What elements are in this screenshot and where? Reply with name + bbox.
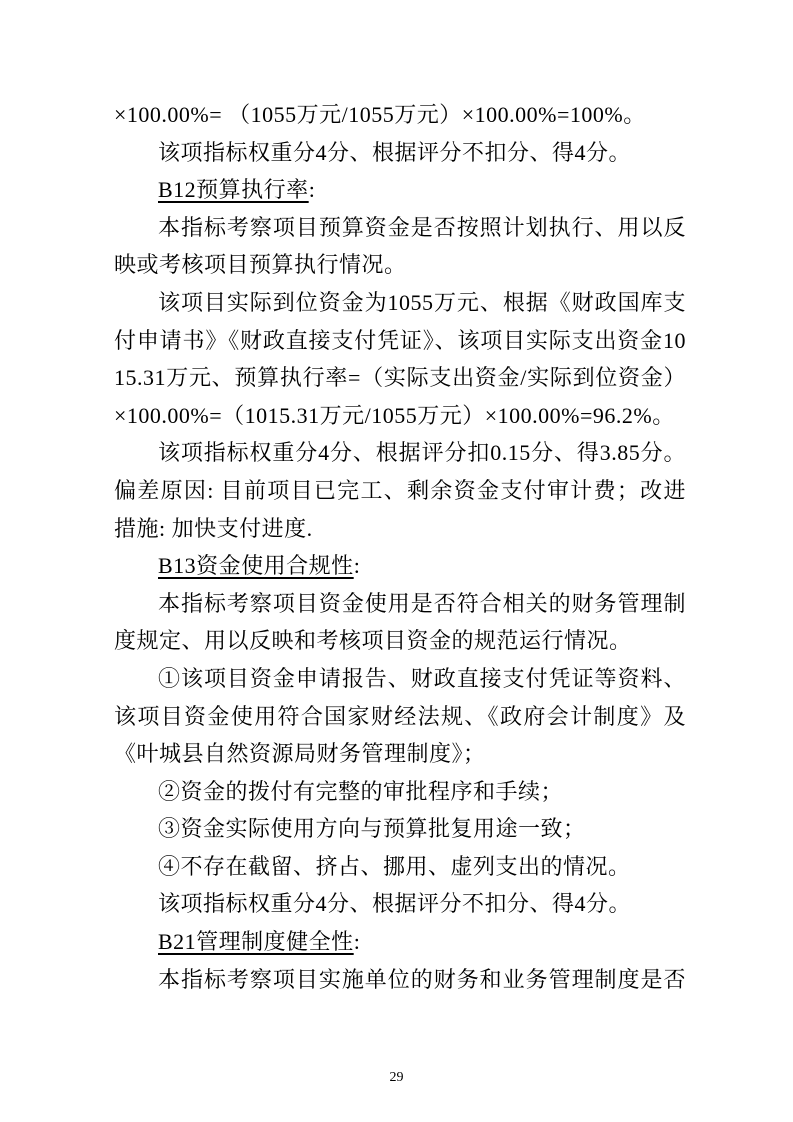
paragraph: ②资金的拨付有完整的审批程序和手续； xyxy=(114,773,686,811)
document-page: ×100.00%= （1055万元/1055万元）×100.00%=100%。该… xyxy=(0,0,793,1122)
paragraph: 该项指标权重分4分、根据评分扣0.15分、得3.85分。偏差原因: 目前项目已完… xyxy=(114,434,686,547)
paragraph: ④不存在截留、挤占、挪用、虚列支出的情况。 xyxy=(114,848,686,886)
document-body: ×100.00%= （1055万元/1055万元）×100.00%=100%。该… xyxy=(114,96,686,998)
page-number: 29 xyxy=(0,1068,793,1088)
heading-text: B13资金使用合规性 xyxy=(158,553,354,578)
paragraph: 本指标考察项目资金使用是否符合相关的财务管理制度规定、用以反映和考核项目资金的规… xyxy=(114,585,686,660)
paragraph: 该项指标权重分4分、根据评分不扣分、得4分。 xyxy=(114,134,686,172)
heading-text: B12预算执行率 xyxy=(158,177,309,202)
section-heading: B13资金使用合规性: xyxy=(114,547,686,585)
section-heading: B12预算执行率: xyxy=(114,171,686,209)
paragraph: 本指标考察项目实施单位的财务和业务管理制度是否 xyxy=(114,961,686,999)
heading-colon: : xyxy=(354,929,361,954)
paragraph: ③资金实际使用方向与预算批复用途一致； xyxy=(114,810,686,848)
heading-colon: : xyxy=(309,177,316,202)
paragraph: 该项目实际到位资金为1055万元、根据《财政国库支付申请书》《财政直接支付凭证》… xyxy=(114,284,686,434)
heading-text: B21管理制度健全性 xyxy=(158,929,354,954)
section-heading: B21管理制度健全性: xyxy=(114,923,686,961)
paragraph: ①该项目资金申请报告、财政直接支付凭证等资料、该项目资金使用符合国家财经法规、《… xyxy=(114,660,686,773)
paragraph: 本指标考察项目预算资金是否按照计划执行、用以反映或考核项目预算执行情况。 xyxy=(114,209,686,284)
heading-colon: : xyxy=(354,553,361,578)
paragraph: 该项指标权重分4分、根据评分不扣分、得4分。 xyxy=(114,885,686,923)
paragraph: ×100.00%= （1055万元/1055万元）×100.00%=100%。 xyxy=(114,96,686,134)
